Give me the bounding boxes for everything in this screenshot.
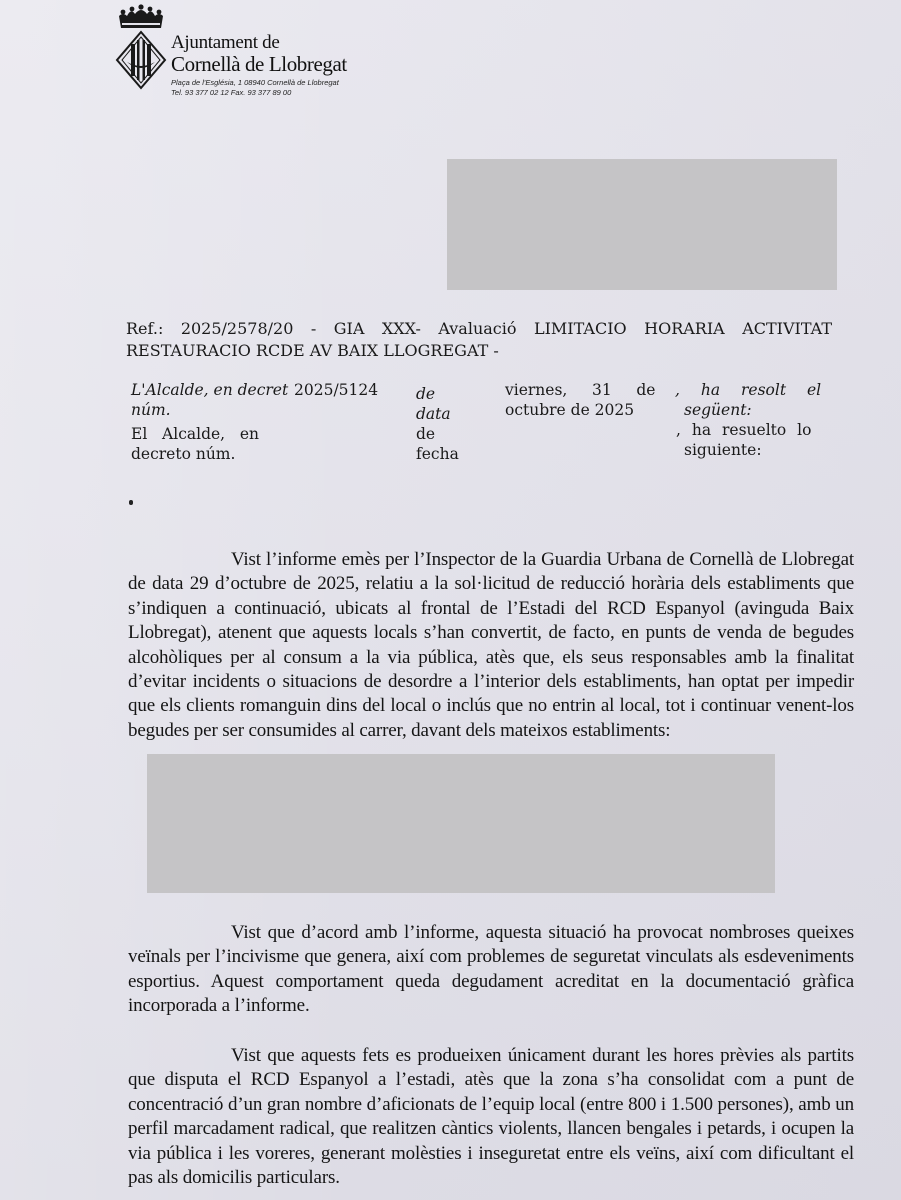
- redacted-recipient-block: [447, 159, 837, 290]
- decree-ca-date-label-de: de: [416, 384, 435, 404]
- redacted-establishments-list: [147, 754, 775, 893]
- reference-line-1: Ref.: 2025/2578/20 - GIA XXX- Avaluació …: [126, 318, 832, 340]
- decree-date-line1: viernes, 31 de: [505, 380, 655, 400]
- coat-of-arms-icon: [113, 4, 169, 94]
- decree-es-label-num: decreto núm.: [131, 444, 235, 464]
- body-paragraph-1: Vist l’informe emès per l’Inspector de l…: [128, 548, 854, 743]
- decree-number: 2025/5124: [294, 380, 378, 400]
- decree-es-resolved-following: siguiente:: [684, 440, 762, 460]
- decree-es-date-label-de: de: [416, 424, 435, 444]
- decree-ca-resolved: , ha resolt el: [675, 380, 821, 400]
- reference-line: Ref.: 2025/2578/20 - GIA XXX- Avaluació …: [126, 318, 832, 362]
- org-name-line2: Cornellà de Llobregat: [171, 53, 347, 75]
- org-phone-fax: Tel. 93 377 02 12 Fax. 93 377 89 00: [171, 88, 347, 98]
- decree-ca-label-num: núm.: [131, 400, 171, 420]
- body-paragraph-2: Vist que d’acord amb l’informe, aquesta …: [128, 921, 854, 1019]
- decree-ca-date-label-data: data: [416, 404, 451, 424]
- reference-line-2: RESTAURACIO RCDE AV BAIX LLOGREGAT -: [126, 340, 832, 362]
- decree-date-line2: octubre de 2025: [505, 400, 634, 420]
- decree-es-resolved: , ha resuelto lo: [676, 420, 811, 440]
- document-page: Ajuntament de Cornellà de Llobregat Plaç…: [0, 0, 901, 1200]
- decree-es-label: El Alcalde, en: [131, 424, 259, 444]
- decree-es-date-label-fecha: fecha: [416, 444, 459, 464]
- org-name-line1: Ajuntament de: [171, 33, 347, 53]
- organization-header: Ajuntament de Cornellà de Llobregat Plaç…: [171, 33, 347, 98]
- org-address: Plaça de l'Església, 1 08940 Cornellà de…: [171, 78, 347, 88]
- stray-dot: [129, 500, 133, 505]
- decree-ca-label: L'Alcalde, en decret: [131, 380, 288, 400]
- body-paragraph-3: Vist que aquests fets es produeixen únic…: [128, 1044, 854, 1190]
- decree-ca-resolved-following: següent:: [684, 400, 752, 420]
